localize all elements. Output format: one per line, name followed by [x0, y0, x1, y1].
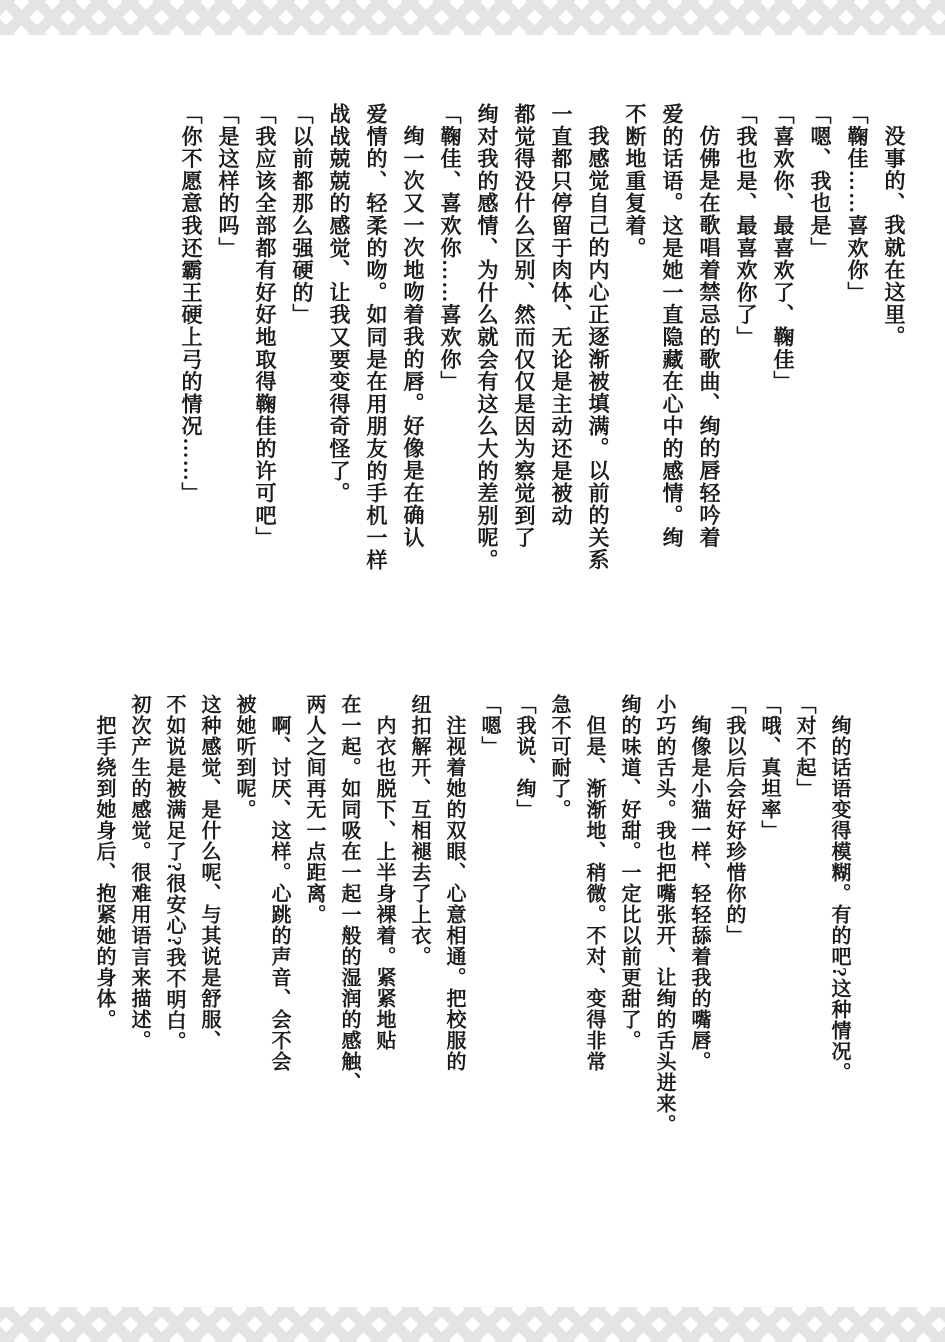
text-line: 爱情的、轻柔的吻。如同是在用朋友的手机一样 [357, 103, 394, 589]
text-line: 「鞠佳……喜欢你」 [838, 103, 875, 589]
text-line: 爱的话语。这是她一直隐藏在心中的感情。绚 [653, 103, 690, 589]
text-line: 纽扣解开、互相褪去了上衣。 [401, 694, 436, 1162]
text-line: 「喜欢你、最喜欢了、鞠佳」 [764, 103, 801, 589]
text-line: 绚的话语变得模糊。有的吧?这种情况。 [821, 694, 856, 1162]
text-line: 「对不起」 [786, 694, 821, 1162]
text-line: 小巧的舌头。我也把嘴张开、让绚的舌头进来。 [646, 694, 681, 1162]
text-line: 「以前都那么强硬的」 [283, 103, 320, 589]
text-line: 初次产生的感觉。很难用语言来描述。 [121, 694, 156, 1162]
text-line: 内衣也脱下、上半身裸着。紧紧地贴 [366, 694, 401, 1162]
text-line: 「我说、绚」 [506, 694, 541, 1162]
text-line: 「是这样的吗」 [209, 103, 246, 589]
text-line: 「嗯」 [471, 694, 506, 1162]
text-line: 一直都只停留于肉体、无论是主动还是被动 [542, 103, 579, 589]
text-line: 我感觉自己的内心正逐渐被填满。以前的关系 [579, 103, 616, 589]
text-line: 没事的、我就在这里。 [875, 103, 912, 589]
text-line: 在一起。如同吸在一起一般的湿润的感触、 [331, 694, 366, 1162]
text-line: 不如说是被满足了?很安心?我不明白。 [156, 694, 191, 1162]
text-line: 「哦、真坦率」 [751, 694, 786, 1162]
lower-text-block: 绚的话语变得模糊。有的吧?这种情况。「对不起」「哦、真坦率」「我以后会好好珍惜你… [86, 694, 856, 1162]
text-line: 「我应该全部都有好好地取得鞠佳的许可吧」 [246, 103, 283, 589]
upper-text-block: 没事的、我就在这里。「鞠佳……喜欢你」「嗯、我也是」「喜欢你、最喜欢了、鞠佳」「… [172, 103, 912, 589]
text-line: 注视着她的双眼、心意相通。把校服的 [436, 694, 471, 1162]
text-line: 把手绕到她身后、抱紧她的身体。 [86, 694, 121, 1162]
text-line: 「嗯、我也是」 [801, 103, 838, 589]
text-line: 被她听到呢。 [226, 694, 261, 1162]
text-line: 绚对我的感情、为什么就会有这么大的差别呢。 [468, 103, 505, 589]
text-line: 战战兢兢的感觉、让我又要变得奇怪了。 [320, 103, 357, 589]
text-line: 「你不愿意我还霸王硬上弓的情况……」 [172, 103, 209, 589]
text-line: 「我也是、最喜欢你了」 [727, 103, 764, 589]
text-line: 「鞠佳、喜欢你……喜欢你」 [431, 103, 468, 589]
text-line: 「我以后会好好珍惜你的」 [716, 694, 751, 1162]
text-line: 但是、渐渐地、稍微。不对、变得非常 [576, 694, 611, 1162]
bottom-stripe-border [0, 1307, 945, 1342]
text-line: 不断地重复着。 [616, 103, 653, 589]
top-stripe-border [0, 0, 945, 35]
text-line: 急不可耐了。 [541, 694, 576, 1162]
text-line: 绚一次又一次地吻着我的唇。好像是在确认 [394, 103, 431, 589]
text-line: 啊、讨厌、这样。心跳的声音、会不会 [261, 694, 296, 1162]
text-line: 绚像是小猫一样、轻轻舔着我的嘴唇。 [681, 694, 716, 1162]
text-line: 这种感觉、是什么呢、与其说是舒服、 [191, 694, 226, 1162]
text-line: 两人之间再无一点距离。 [296, 694, 331, 1162]
text-line: 绚的味道、好甜。一定比以前更甜了。 [611, 694, 646, 1162]
text-line: 都觉得没什么区别、然而仅仅是因为察觉到了 [505, 103, 542, 589]
text-line: 仿佛是在歌唱着禁忌的歌曲、绚的唇轻吟着 [690, 103, 727, 589]
